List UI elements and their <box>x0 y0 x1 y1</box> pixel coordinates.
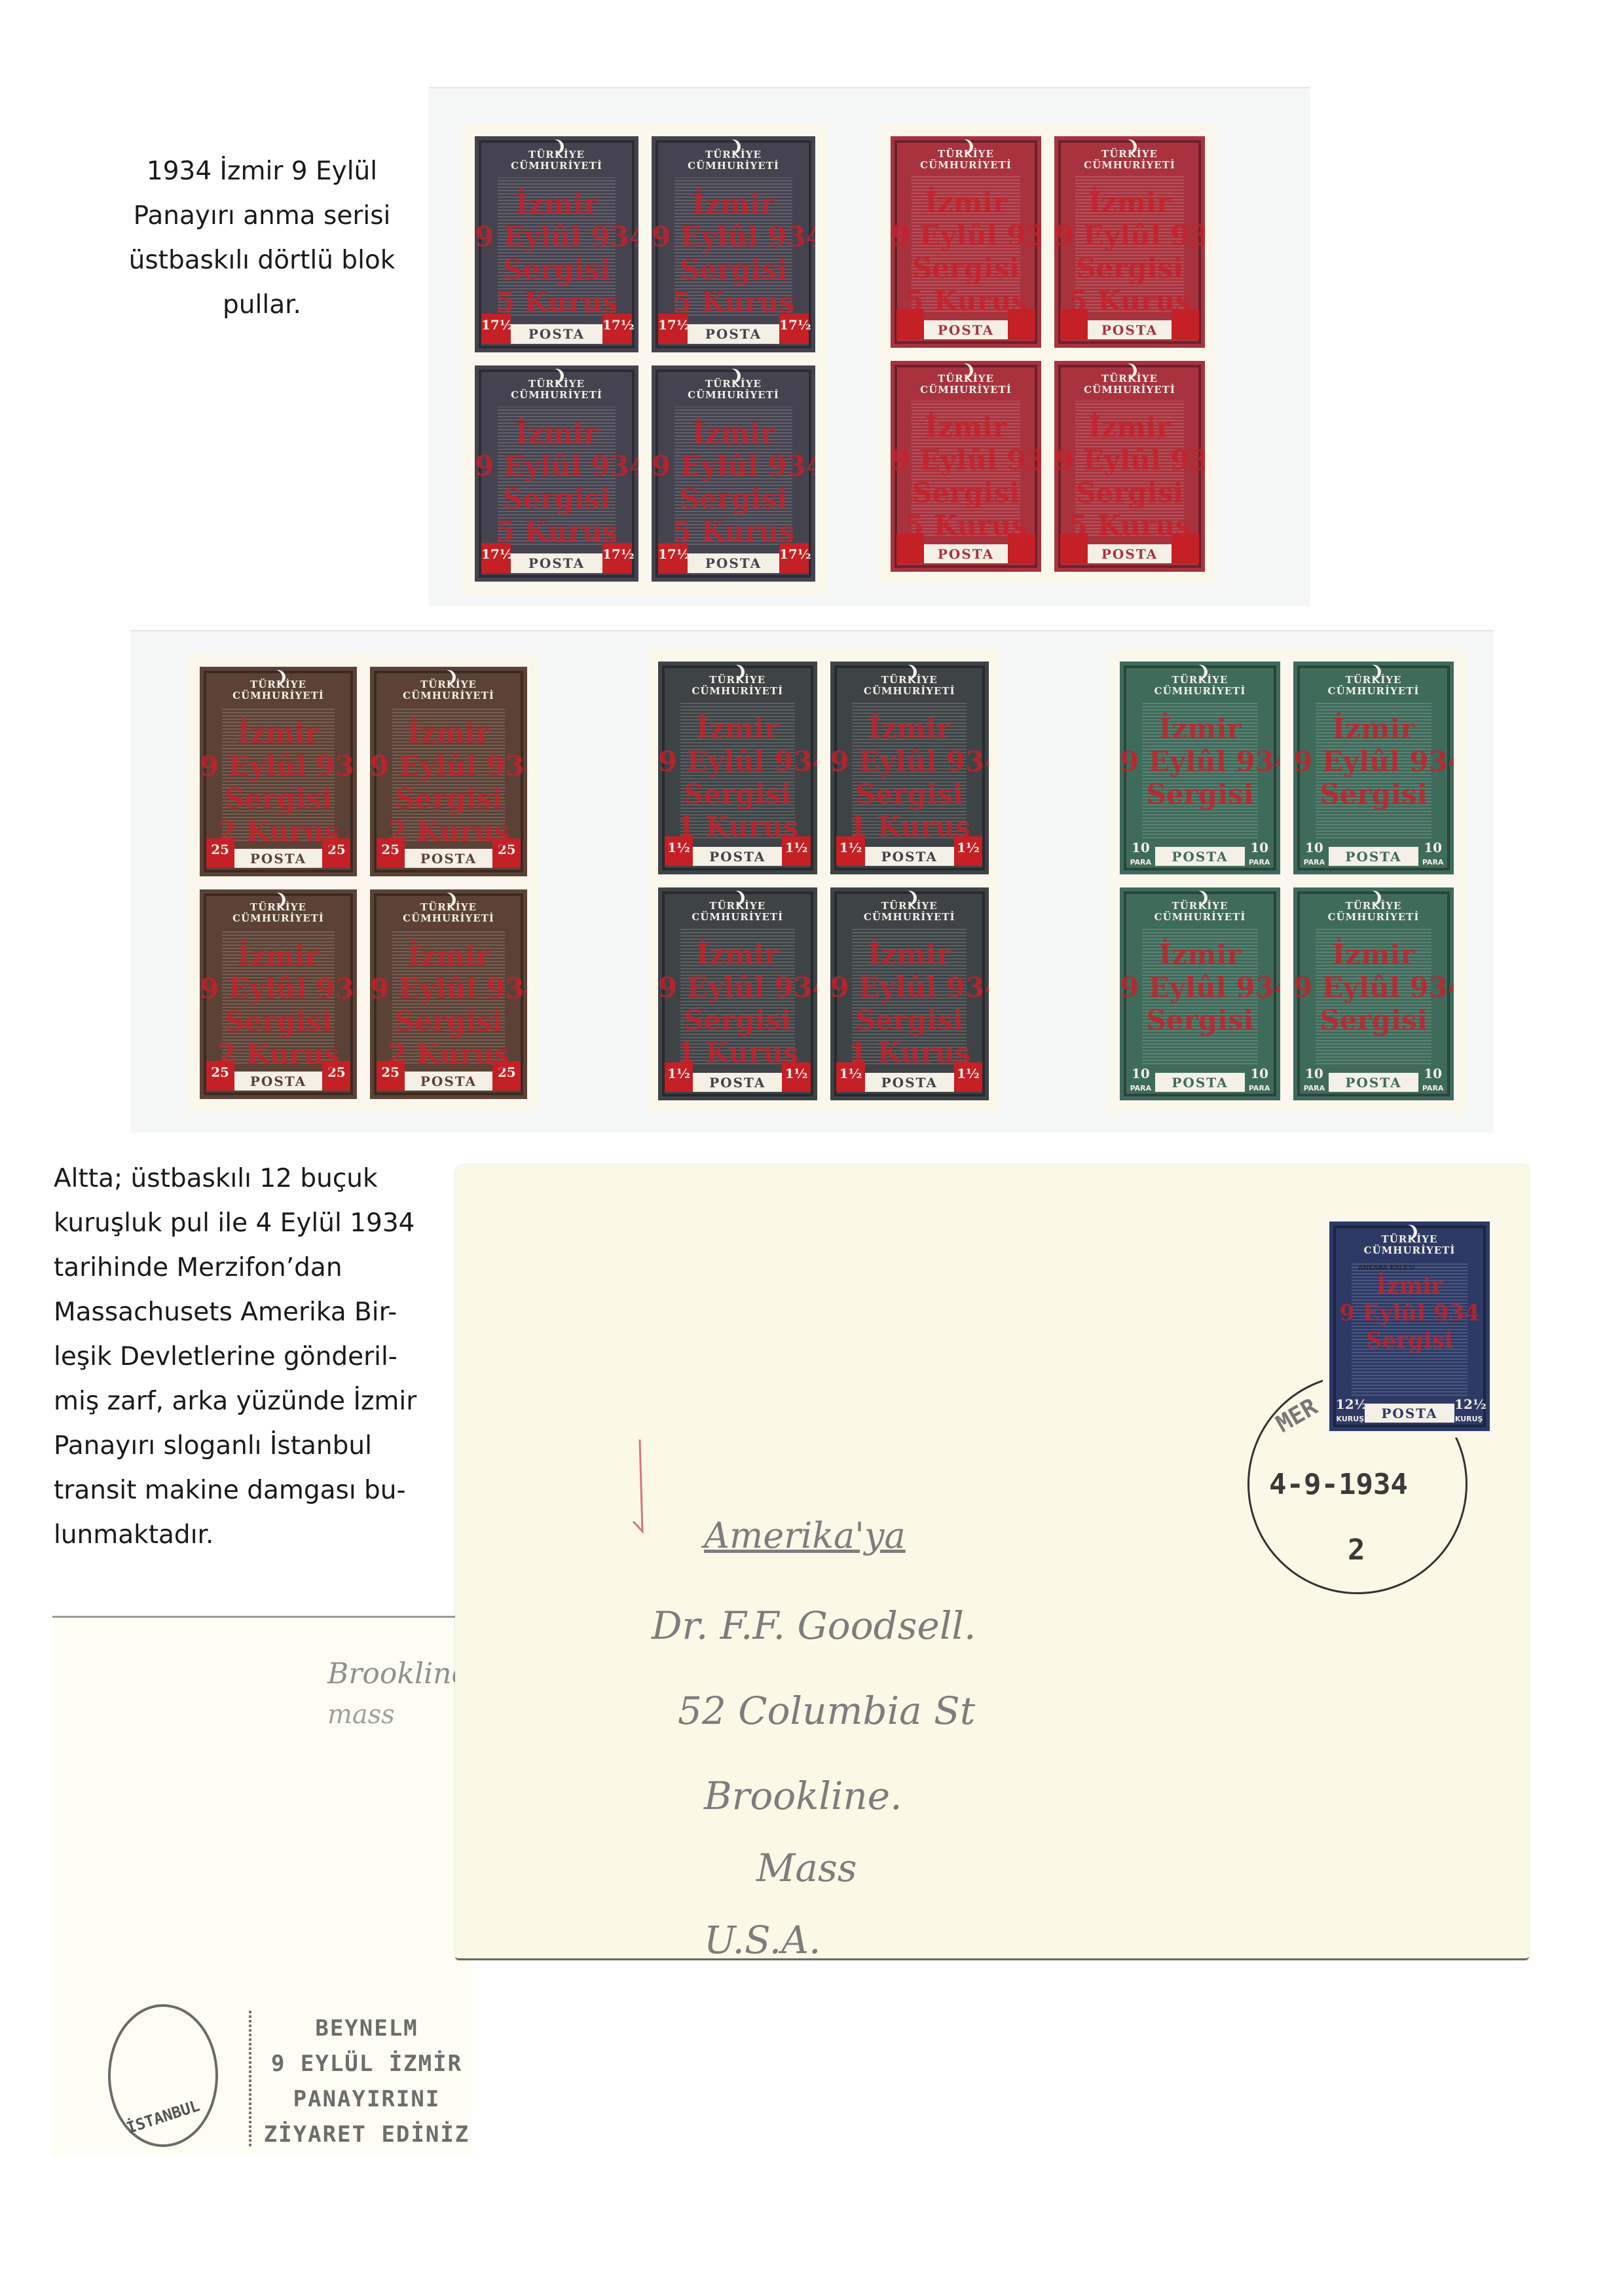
overprint-line: 1 Kuruş <box>830 811 989 844</box>
overprint-line: 5 Kuruş <box>1054 285 1205 318</box>
overprint-line: İzmir <box>830 713 989 745</box>
stamp-country: TÜRKİYE CÜMHURİYETİ <box>674 379 792 402</box>
overprint-line: 2 Kuruş <box>200 1038 357 1071</box>
stamp: TÜRKİYE CÜMHURİYETİ 1½ 1½ POSTA İzmir9 E… <box>658 662 817 874</box>
overprint-line: 2 Kuruş <box>370 815 527 848</box>
stamp-value-left: 10PARA <box>1126 1062 1155 1092</box>
value-number: 17½ <box>779 546 811 562</box>
country-line: TÜRKİYE <box>680 675 795 686</box>
postmark-town: MER <box>1272 1393 1322 1438</box>
overprint-line: 9 Eylûl 934 <box>830 971 989 1004</box>
overprint-line: Sergisi <box>370 1005 527 1038</box>
istanbul-postmark: İSTANBUL <box>108 2004 218 2147</box>
value-number: 12½ <box>1336 1396 1368 1412</box>
overprint-line: 9 Eylûl 934 <box>830 745 989 778</box>
overprint-line: Sergisi <box>891 252 1041 285</box>
stamp: TÜRKİYE CÜMHURİYETİ 10PARA 10PARA POSTA … <box>1293 887 1454 1100</box>
country-line: CÜMHURİYETİ <box>1075 160 1184 171</box>
overprint-line: 2 Kuruş <box>200 815 357 848</box>
stamp: TÜRKİYE CÜMHURİYETİ 17½ 17½ POSTA İzmir9… <box>652 136 815 352</box>
stamp: TÜRKİYE CÜMHURİYETİ 12½KURUŞ 12½KURUŞ PO… <box>1329 1222 1490 1431</box>
caption-line: tarihinde Merzifon’dan <box>54 1246 440 1290</box>
envelope-stamp-12-5-kurus: TÜRKİYE CÜMHURİYETİ 12½KURUŞ 12½KURUŞ PO… <box>1323 1215 1496 1438</box>
country-line: TÜRKİYE <box>498 379 616 390</box>
value-number: 17½ <box>602 546 635 562</box>
value-number: 17½ <box>602 317 635 333</box>
stamp-country: TÜRKİYE CÜMHURİYETİ <box>674 149 792 173</box>
stamp-country: TÜRKİYE CÜMHURİYETİ <box>1316 901 1431 924</box>
overprint-line: Sergisi <box>1329 1327 1490 1354</box>
stamp: TÜRKİYE CÜMHURİYETİ 17½ 17½ POSTA İzmir9… <box>475 365 638 582</box>
stamp-overprint: İzmir9 Eylûl 934Sergisi5 Kuruş <box>475 188 638 319</box>
value-unit: KURUŞ <box>1454 1415 1483 1423</box>
country-line: CÜMHURİYETİ <box>674 390 792 401</box>
value-unit: PARA <box>1300 859 1329 866</box>
slogan-line: 9 EYLÜL İZMİR <box>255 2046 478 2081</box>
value-number: 17½ <box>481 317 513 333</box>
stamp-value-left: 12½KURUŞ <box>1336 1393 1365 1423</box>
stamp-overprint: İzmir9 Eylûl 934Sergisi2 Kuruş <box>200 940 357 1071</box>
value-number: 17½ <box>658 317 690 333</box>
caption-line: 1934 İzmir 9 Eylül <box>92 149 432 194</box>
overprint-line: Sergisi <box>891 477 1041 510</box>
top-caption: 1934 İzmir 9 Eylül Panayırı anma serisi … <box>92 149 432 327</box>
country-line: TÜRKİYE <box>1142 901 1257 912</box>
value-number: 17½ <box>658 546 690 562</box>
stamp-country: TÜRKİYE CÜMHURİYETİ <box>912 373 1020 396</box>
stamp-block-5-kurus-claret: TÜRKİYE CÜMHURİYETİ POSTA İzmir9 Eylûl 9… <box>877 123 1218 585</box>
stamp-country: TÜRKİYE CÜMHURİYETİ <box>1142 901 1257 924</box>
overprint-line: 9 Eylûl 934 <box>891 219 1041 252</box>
stamp-posta-label: POSTA <box>1155 847 1245 866</box>
country-line: TÜRKİYE <box>1352 1234 1467 1245</box>
overprint-line: İzmir <box>1054 187 1205 219</box>
stamp-value-right: 10PARA <box>1418 1062 1447 1092</box>
overprint-line: Sergisi <box>658 1004 817 1037</box>
country-line: TÜRKİYE <box>912 149 1020 160</box>
stamp-overprint: İzmir9 Eylûl 934Sergisi5 Kuruş <box>652 188 815 319</box>
stamp: TÜRKİYE CÜMHURİYETİ 25 25 POSTA İzmir9 E… <box>200 889 357 1099</box>
country-line: TÜRKİYE <box>498 149 616 160</box>
overprint-line: İzmir <box>1293 713 1454 745</box>
country-line: CÜMHURİYETİ <box>498 160 616 172</box>
caption-line: üstbaskılı dörtlü blok <box>92 238 432 283</box>
overprint-line: Sergisi <box>658 778 817 811</box>
country-line: TÜRKİYE <box>1316 675 1431 686</box>
overprint-line: İzmir <box>658 713 817 745</box>
overprint-line: Sergisi <box>475 253 638 286</box>
stamp-country: TÜRKİYE CÜMHURİYETİ <box>222 679 335 702</box>
overprint-line: Sergisi <box>1054 252 1205 285</box>
stamp-overprint: İzmir9 Eylûl 934Sergisi1 Kuruş <box>830 939 989 1070</box>
stamp-country: TÜRKİYE CÜMHURİYETİ <box>852 901 967 924</box>
caption-line: Altta; üstbaskılı 12 buçuk <box>54 1157 440 1201</box>
overprint-line: 5 Kuruş <box>891 510 1041 542</box>
overprint-line: Sergisi <box>1120 778 1280 811</box>
overprint-line: 9 Eylûl 934 <box>370 750 527 783</box>
stamp-posta-label: POSTA <box>924 320 1008 339</box>
stamp-country: TÜRKİYE CÜMHURİYETİ <box>852 675 967 698</box>
value-unit: PARA <box>1300 1085 1329 1092</box>
slogan-cancel: BEYNELM 9 EYLÜL İZMİR PANAYIRINI ZİYARET… <box>255 2011 478 2152</box>
stamp-value-left: 10PARA <box>1300 836 1329 867</box>
stamp-posta-label: POSTA <box>688 553 779 573</box>
caption-line: Panayırı anma serisi <box>92 194 432 238</box>
country-line: TÜRKİYE <box>852 901 967 912</box>
value-number: 17½ <box>779 317 811 333</box>
overprint-line: 9 Eylûl 934 <box>475 221 638 253</box>
stamp-posta-label: POSTA <box>511 324 602 344</box>
stamp-country: TÜRKİYE CÜMHURİYETİ <box>1075 149 1184 172</box>
stamp-overprint: İzmir9 Eylûl 934Sergisi5 Kuruş <box>891 411 1041 542</box>
stamp-overprint: İzmir9 Eylûl 934Sergisi5 Kuruş <box>1054 187 1205 318</box>
stamp: TÜRKİYE CÜMHURİYETİ POSTA İzmir9 Eylûl 9… <box>1054 136 1205 348</box>
country-line: CÜMHURİYETİ <box>392 913 506 924</box>
overprint-line: 9 Eylûl 934 <box>200 750 357 783</box>
country-line: CÜMHURİYETİ <box>1142 912 1257 923</box>
country-line: CÜMHURİYETİ <box>1142 686 1257 697</box>
stamp-value-right: 10PARA <box>1245 836 1274 867</box>
stamp-posta-label: POSTA <box>693 847 782 866</box>
stamp-posta-label: POSTA <box>1155 1073 1245 1092</box>
address-line-city: Brookline. <box>704 1774 902 1818</box>
caption-line: Panayırı sloganlı İstanbul <box>54 1424 440 1468</box>
country-line: TÜRKİYE <box>1075 149 1184 160</box>
overprint-line: Sergisi <box>370 783 527 815</box>
stamp-country: TÜRKİYE CÜMHURİYETİ <box>680 675 795 698</box>
country-line: TÜRKİYE <box>392 679 506 690</box>
overprint-line: 5 Kuruş <box>1054 510 1205 542</box>
overprint-line: 9 Eylûl 934 <box>652 221 815 253</box>
value-number: 10 <box>1132 1066 1150 1081</box>
stamp-overprint: İzmir9 Eylûl 934Sergisi1 Kuruş <box>658 713 817 844</box>
stamp-overprint: İzmir9 Eylûl 934Sergisi2 Kuruş <box>370 940 527 1071</box>
value-unit: PARA <box>1418 859 1447 866</box>
overprint-line: İzmir <box>1120 713 1280 745</box>
stamp-posta-label: POSTA <box>234 1072 322 1091</box>
country-line: TÜRKİYE <box>222 902 335 913</box>
stamp-block-1-kurus-grey: TÜRKİYE CÜMHURİYETİ 1½ 1½ POSTA İzmir9 E… <box>645 648 1002 1113</box>
stamp-posta-label: POSTA <box>1088 320 1172 339</box>
overprint-line: 9 Eylûl 934 <box>1329 1299 1490 1327</box>
stamp-posta-label: POSTA <box>1329 847 1418 866</box>
overprint-line: Sergisi <box>1054 477 1205 510</box>
stamp: TÜRKİYE CÜMHURİYETİ 17½ 17½ POSTA İzmir9… <box>475 136 638 352</box>
country-line: TÜRKİYE <box>680 901 795 912</box>
value-number: 12½ <box>1454 1396 1486 1412</box>
overprint-line: 9 Eylûl 934 <box>475 450 638 483</box>
overprint-line: Sergisi <box>830 778 989 811</box>
caption-line: lunmaktadır. <box>54 1513 440 1558</box>
overprint-line: Sergisi <box>1120 1004 1280 1037</box>
postmark-city: İSTANBUL <box>117 2094 210 2140</box>
stamp-country: TÜRKİYE CÜMHURİYETİ <box>1352 1234 1467 1257</box>
country-line: CÜMHURİYETİ <box>392 690 506 701</box>
overprint-line: İzmir <box>652 188 815 221</box>
country-line: TÜRKİYE <box>852 675 967 686</box>
country-line: CÜMHURİYETİ <box>1316 686 1431 697</box>
overprint-line: 9 Eylûl 934 <box>200 973 357 1005</box>
overprint-line: Sergisi <box>1293 778 1454 811</box>
address-line-name: Dr. F.F. Goodsell. <box>652 1603 976 1648</box>
overprint-line: İzmir <box>475 188 638 221</box>
value-unit: PARA <box>1245 1085 1274 1092</box>
stamp-country: TÜRKİYE CÜMHURİYETİ <box>222 902 335 925</box>
stamp: TÜRKİYE CÜMHURİYETİ POSTA İzmir9 Eylûl 9… <box>891 136 1041 348</box>
slogan-border-left <box>249 2011 251 2148</box>
overprint-line: İzmir <box>1120 939 1280 971</box>
value-number: 10 <box>1305 1066 1323 1081</box>
overprint-line: 9 Eylûl 934 <box>1054 219 1205 252</box>
stamp-posta-label: POSTA <box>693 1073 782 1092</box>
envelope-back: Brookline mass İSTANBUL BEYNELM 9 EYLÜL … <box>52 1616 471 2155</box>
overprint-line: 9 Eylûl 934 <box>1120 971 1280 1004</box>
overprint-line: 5 Kuruş <box>891 285 1041 318</box>
overprint-line: İzmir <box>200 717 357 750</box>
country-line: TÜRKİYE <box>674 379 792 390</box>
stamp-posta-label: POSTA <box>511 553 602 573</box>
country-line: CÜMHURİYETİ <box>912 384 1020 396</box>
country-line: TÜRKİYE <box>912 373 1020 384</box>
stamp: TÜRKİYE CÜMHURİYETİ POSTA İzmir9 Eylûl 9… <box>891 361 1041 572</box>
country-line: CÜMHURİYETİ <box>1316 912 1431 923</box>
stamp-value-left: 10PARA <box>1300 1062 1329 1092</box>
value-unit: PARA <box>1126 1085 1155 1092</box>
caption-line: Massachusets Amerika Bir- <box>54 1290 440 1335</box>
stamp: TÜRKİYE CÜMHURİYETİ 25 25 POSTA İzmir9 E… <box>370 889 527 1099</box>
stamp-posta-label: POSTA <box>865 1073 954 1092</box>
value-unit: PARA <box>1418 1085 1447 1092</box>
postmark-number: 2 <box>1348 1533 1365 1567</box>
overprint-line: 1 Kuruş <box>830 1037 989 1070</box>
stamp-value-left: 10PARA <box>1126 836 1155 867</box>
address-line-street: 52 Columbia St <box>678 1689 975 1733</box>
country-line: TÜRKİYE <box>674 149 792 160</box>
overprint-line: 1 Kuruş <box>658 811 817 844</box>
country-line: TÜRKİYE <box>1142 675 1257 686</box>
country-line: CÜMHURİYETİ <box>222 913 335 924</box>
overprint-line: 9 Eylûl 934 <box>652 450 815 483</box>
stamp-overprint: İzmir9 Eylûl 934Sergisi <box>1120 713 1280 811</box>
caption-line: leşik Devletlerine gönderil- <box>54 1335 440 1379</box>
overprint-line: İzmir <box>370 940 527 973</box>
stamp-overprint: İzmir9 Eylûl 934Sergisi <box>1293 713 1454 811</box>
country-line: CÜMHURİYETİ <box>674 160 792 172</box>
stamp-country: TÜRKİYE CÜMHURİYETİ <box>680 901 795 924</box>
stamp-posta-label: POSTA <box>1329 1073 1418 1092</box>
stamp-overprint: İzmir9 Eylûl 934Sergisi <box>1293 939 1454 1037</box>
stamp-block-2-kurus-brown: TÜRKİYE CÜMHURİYETİ 25 25 POSTA İzmir9 E… <box>187 654 540 1112</box>
country-line: CÜMHURİYETİ <box>912 160 1020 171</box>
overprint-line: 5 Kuruş <box>652 515 815 548</box>
country-line: TÜRKİYE <box>1316 901 1431 912</box>
value-number: 10 <box>1424 840 1442 855</box>
value-number: 10 <box>1250 1066 1268 1081</box>
stamp-posta-label: POSTA <box>865 847 954 866</box>
overprint-line: 5 Kuruş <box>475 286 638 319</box>
stamp-posta-label: POSTA <box>688 324 779 344</box>
caption-line: transit makine damgası bu- <box>54 1468 440 1513</box>
bottom-caption: Altta; üstbaskılı 12 buçuk kuruşluk pul … <box>54 1157 440 1558</box>
back-handwriting-line: mass <box>327 1700 395 1730</box>
slogan-line: ZİYARET EDİNİZ <box>255 2117 478 2152</box>
stamp-value-right: 12½KURUŞ <box>1454 1393 1483 1423</box>
stamp-posta-label: POSTA <box>1365 1404 1454 1423</box>
stamp-overprint: İzmir9 Eylûl 934Sergisi <box>1120 939 1280 1037</box>
stamp-posta-label: POSTA <box>405 849 492 868</box>
stamp-country: TÜRKİYE CÜMHURİYETİ <box>1316 675 1431 698</box>
overprint-line: 5 Kuruş <box>475 515 638 548</box>
country-line: CÜMHURİYETİ <box>680 686 795 697</box>
address-line-state: Mass <box>756 1846 857 1890</box>
overprint-line: Sergisi <box>1293 1004 1454 1037</box>
stamp: TÜRKİYE CÜMHURİYETİ 25 25 POSTA İzmir9 E… <box>370 667 527 876</box>
stamp: TÜRKİYE CÜMHURİYETİ 1½ 1½ POSTA İzmir9 E… <box>830 887 989 1100</box>
country-line: CÜMHURİYETİ <box>1075 384 1184 396</box>
slogan-line: PANAYIRINI <box>255 2081 478 2117</box>
stamp: TÜRKİYE CÜMHURİYETİ 10PARA 10PARA POSTA … <box>1293 662 1454 874</box>
country-line: CÜMHURİYETİ <box>852 912 967 923</box>
country-line: CÜMHURİYETİ <box>1352 1245 1467 1256</box>
back-handwriting-line: Brookline <box>327 1657 469 1690</box>
stamp-country: TÜRKİYE CÜMHURİYETİ <box>498 149 616 173</box>
country-line: TÜRKİYE <box>222 679 335 690</box>
stamp-posta-label: POSTA <box>1088 544 1172 563</box>
stamp-overprint: İzmir9 Eylûl 934Sergisi5 Kuruş <box>652 417 815 548</box>
caption-line: pullar. <box>92 283 432 327</box>
stamp-overprint: İzmir9 Eylûl 934Sergisi5 Kuruş <box>475 417 638 548</box>
overprint-line: İzmir <box>891 187 1041 219</box>
country-line: TÜRKİYE <box>1075 373 1184 384</box>
overprint-line: 9 Eylûl 934 <box>658 971 817 1004</box>
slogan-line: BEYNELM <box>255 2011 478 2046</box>
stamp-country: TÜRKİYE CÜMHURİYETİ <box>498 379 616 402</box>
value-unit: KURUŞ <box>1336 1415 1365 1423</box>
overprint-line: 9 Eylûl 934 <box>658 745 817 778</box>
overprint-line: 9 Eylûl 934 <box>370 973 527 1005</box>
stamp-overprint: İzmir9 Eylûl 934Sergisi1 Kuruş <box>658 939 817 1070</box>
stamp-posta-label: POSTA <box>405 1072 492 1091</box>
overprint-line: İzmir <box>652 417 815 450</box>
stamp-block-17-5-kurus: TÜRKİYE CÜMHURİYETİ 17½ 17½ POSTA İzmir9… <box>462 123 828 595</box>
overprint-line: İzmir <box>1293 939 1454 971</box>
value-number: 17½ <box>481 546 513 562</box>
country-line: TÜRKİYE <box>392 902 506 913</box>
stamp-value-right: 10PARA <box>1418 836 1447 867</box>
overprint-line: Sergisi <box>200 1005 357 1038</box>
overprint-line: 5 Kuruş <box>652 286 815 319</box>
stamp-country: TÜRKİYE CÜMHURİYETİ <box>1142 675 1257 698</box>
overprint-line: Sergisi <box>652 253 815 286</box>
caption-line: kuruşluk pul ile 4 Eylül 1934 <box>54 1201 440 1246</box>
overprint-line: İzmir <box>1329 1272 1490 1299</box>
country-line: CÜMHURİYETİ <box>498 390 616 401</box>
overprint-line: Sergisi <box>652 483 815 515</box>
stamp-posta-label: POSTA <box>234 849 322 868</box>
caption-line: miş zarf, arka yüzünde İzmir <box>54 1379 440 1424</box>
value-number: 10 <box>1305 840 1323 855</box>
overprint-line: 9 Eylûl 934 <box>891 444 1041 477</box>
value-unit: PARA <box>1245 859 1274 866</box>
stamp-country: TÜRKİYE CÜMHURİYETİ <box>392 679 506 702</box>
overprint-line: 2 Kuruş <box>370 1038 527 1071</box>
country-line: CÜMHURİYETİ <box>222 690 335 701</box>
overprint-line: İzmir <box>1054 411 1205 444</box>
overprint-line: Sergisi <box>830 1004 989 1037</box>
stamp-overprint: İzmir9 Eylûl 934Sergisi2 Kuruş <box>200 717 357 848</box>
overprint-line: İzmir <box>830 939 989 971</box>
country-line: CÜMHURİYETİ <box>852 686 967 697</box>
overprint-line: İzmir <box>891 411 1041 444</box>
value-number: 10 <box>1132 840 1150 855</box>
value-number: 10 <box>1424 1066 1442 1081</box>
stamp: TÜRKİYE CÜMHURİYETİ 10PARA 10PARA POSTA … <box>1120 662 1280 874</box>
stamp: TÜRKİYE CÜMHURİYETİ 17½ 17½ POSTA İzmir9… <box>652 365 815 582</box>
postmark-date: 4-9-1934 <box>1269 1468 1408 1501</box>
stamp: TÜRKİYE CÜMHURİYETİ 25 25 POSTA İzmir9 E… <box>200 667 357 876</box>
overprint-line: 9 Eylûl 934 <box>1293 971 1454 1004</box>
address-line-country: U.S.A. <box>704 1918 821 1962</box>
stamp-country: TÜRKİYE CÜMHURİYETİ <box>912 149 1020 172</box>
stamp-posta-label: POSTA <box>924 544 1008 563</box>
overprint-line: İzmir <box>370 717 527 750</box>
country-line: CÜMHURİYETİ <box>680 912 795 923</box>
value-number: 10 <box>1250 840 1268 855</box>
overprint-line: 9 Eylûl 934 <box>1120 745 1280 778</box>
stamp: TÜRKİYE CÜMHURİYETİ 1½ 1½ POSTA İzmir9 E… <box>658 887 817 1100</box>
stamp: TÜRKİYE CÜMHURİYETİ POSTA İzmir9 Eylûl 9… <box>1054 361 1205 572</box>
red-pencil-mark-icon <box>625 1440 652 1544</box>
value-unit: PARA <box>1126 859 1155 866</box>
stamp: TÜRKİYE CÜMHURİYETİ 10PARA 10PARA POSTA … <box>1120 887 1280 1100</box>
vignette-label: ANKARA KALESİ <box>1358 1263 1414 1272</box>
stamp-overprint: İzmir9 Eylûl 934Sergisi5 Kuruş <box>891 187 1041 318</box>
overprint-line: 9 Eylûl 934 <box>1293 745 1454 778</box>
stamp-value-right: 10PARA <box>1245 1062 1274 1092</box>
stamp-overprint: İzmir9 Eylûl 934Sergisi <box>1329 1272 1490 1354</box>
stamp-overprint: İzmir9 Eylûl 934Sergisi2 Kuruş <box>370 717 527 848</box>
stamp-country: TÜRKİYE CÜMHURİYETİ <box>1075 373 1184 396</box>
stamp-block-10-para-green: TÜRKİYE CÜMHURİYETİ 10PARA 10PARA POSTA … <box>1107 648 1467 1113</box>
overprint-line: 9 Eylûl 934 <box>1054 444 1205 477</box>
overprint-line: İzmir <box>475 417 638 450</box>
overprint-line: İzmir <box>658 939 817 971</box>
overprint-line: 1 Kuruş <box>658 1037 817 1070</box>
stamp-country: TÜRKİYE CÜMHURİYETİ <box>392 902 506 925</box>
stamp-overprint: İzmir9 Eylûl 934Sergisi5 Kuruş <box>1054 411 1205 542</box>
stamp-overprint: İzmir9 Eylûl 934Sergisi1 Kuruş <box>830 713 989 844</box>
overprint-line: Sergisi <box>200 783 357 815</box>
overprint-line: Sergisi <box>475 483 638 515</box>
overprint-line: İzmir <box>200 940 357 973</box>
stamp: TÜRKİYE CÜMHURİYETİ 1½ 1½ POSTA İzmir9 E… <box>830 662 989 874</box>
address-line-destination: Amerika'ya <box>704 1515 906 1556</box>
